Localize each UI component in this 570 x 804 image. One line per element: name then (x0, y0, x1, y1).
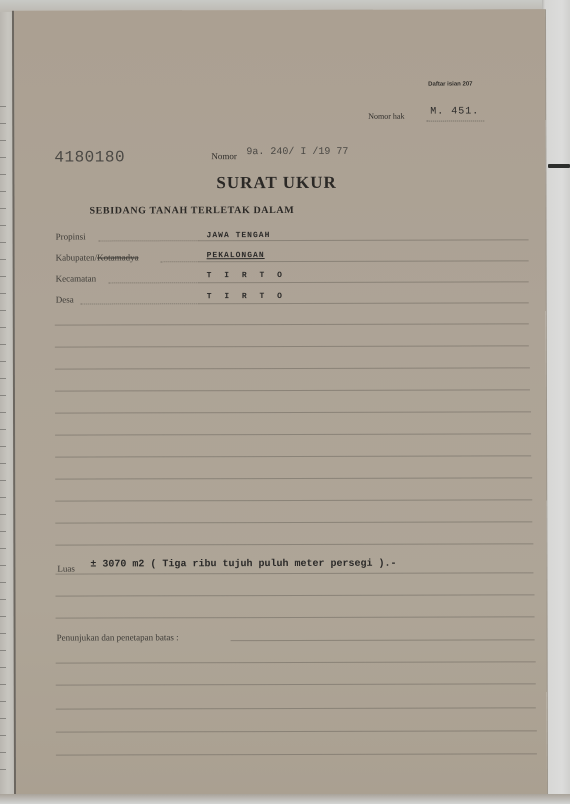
kecamatan-leader (109, 282, 199, 283)
kabupaten-label: Kabupaten/Kotamadya (56, 252, 139, 262)
blank-line (56, 707, 536, 709)
blank-line (56, 683, 536, 685)
desa-line (199, 302, 529, 304)
blank-line (55, 499, 532, 501)
propinsi-value: JAWA TENGAH (207, 231, 271, 240)
blank-line (55, 345, 529, 347)
nomor-value: 9a. 240/ I /19 77 (246, 147, 348, 158)
serial-number: 4180180 (54, 148, 125, 166)
blank-line (55, 594, 534, 596)
nomor-label: Nomor (211, 151, 237, 161)
kotamadya-struck-text: Kotamadya (97, 252, 139, 262)
kecamatan-line (199, 281, 529, 283)
background-bottom (0, 794, 570, 804)
blank-line (55, 433, 531, 435)
blank-line (55, 543, 533, 545)
kecamatan-value: T I R T O (207, 271, 286, 280)
surat-ukur-document: Daftar isian 207 Nomor hak M. 451. 41801… (12, 9, 547, 799)
blank-line (55, 323, 529, 325)
photo-scene: Daftar isian 207 Nomor hak M. 451. 41801… (0, 0, 570, 804)
nomor-hak-value: M. 451. (430, 106, 479, 117)
propinsi-line (199, 239, 529, 241)
blank-line (55, 411, 531, 413)
blank-line (56, 616, 535, 618)
blank-line (55, 389, 530, 391)
blank-line (55, 477, 532, 479)
kabupaten-value: PEKALONGAN (207, 251, 265, 260)
document-subtitle: SEBIDANG TANAH TERLETAK DALAM (89, 205, 294, 217)
blank-line (56, 661, 536, 663)
document-title: SURAT UKUR (216, 173, 336, 193)
propinsi-label: Propinsi (56, 232, 86, 242)
luas-line (55, 572, 533, 574)
nomor-hak-label: Nomor hak (368, 112, 404, 121)
luas-label: Luas (57, 564, 75, 574)
desa-leader (81, 303, 199, 304)
nomor-hak-underline (426, 120, 484, 121)
form-code: Daftar isian 207 (428, 81, 472, 87)
blank-line (55, 521, 532, 523)
desa-label: Desa (56, 295, 74, 305)
luas-value: ± 3070 m2 ( Tiga ribu tujuh puluh meter … (90, 559, 396, 571)
kabupaten-line (199, 260, 529, 262)
desa-value: T I R T O (207, 292, 286, 301)
blank-line (56, 753, 537, 755)
blank-line (56, 730, 537, 732)
left-edge-ruler-marks (0, 90, 6, 770)
batas-line (231, 639, 535, 641)
kabupaten-leader (161, 261, 199, 262)
binding-clip-icon (548, 164, 570, 168)
blank-line (55, 367, 530, 369)
kabupaten-text: Kabupaten/ (56, 252, 98, 262)
blank-line (55, 455, 531, 457)
kecamatan-label: Kecamatan (56, 273, 97, 283)
batas-label: Penunjukan dan penetapan batas : (57, 632, 179, 642)
propinsi-leader (99, 240, 199, 241)
